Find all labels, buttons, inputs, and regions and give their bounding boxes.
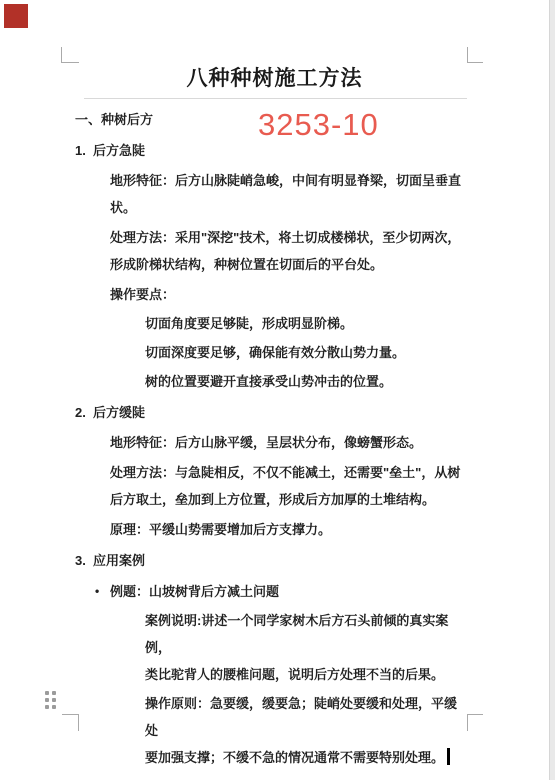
- drag-handle-dot: [45, 691, 49, 695]
- text-line: 地形特征：后方山脉陡峭急峻，中间有明显脊梁，切面呈垂直: [110, 167, 467, 194]
- text-line: 要加强支撑；不缓不急的情况通常不需要特别处理。: [145, 744, 467, 771]
- drag-handle-dot: [45, 698, 49, 702]
- paragraph: 操作原则：急要缓，缓要急；陡峭处要缓和处理，平缓处 要加强支撑；不缓不急的情况通…: [145, 690, 467, 771]
- paragraph: 案例说明:讲述一个同学家树木后方石头前倾的真实案例， 类比驼背人的腰椎问题，说明…: [145, 607, 467, 688]
- paragraph: 处理方法：采用"深挖"技术，将土切成楼梯状，至少切两次， 形成阶梯状结构，种树位…: [110, 224, 467, 278]
- text-line: 案例说明:讲述一个同学家树木后方石头前倾的真实案例，: [145, 607, 467, 661]
- text-line: 形成阶梯状结构，种树位置在切面后的平台处。: [110, 251, 467, 278]
- drag-handle-dot: [45, 705, 49, 709]
- red-square-marker: [4, 4, 28, 28]
- bullet-icon: •: [95, 578, 110, 605]
- text-line: 处理方法：与急陡相反，不仅不能减土，还需要"垒土"，从树: [110, 459, 467, 486]
- bullet-item: • 例题：山坡树背后方减土问题: [95, 578, 467, 605]
- crop-mark-top-left: [61, 47, 79, 63]
- document-title: 八种种树施工方法: [0, 62, 549, 92]
- text-line: 原理：平缓山势需要增加后方支撑力。: [110, 516, 467, 543]
- list-item-number: 1.: [75, 137, 93, 164]
- section-heading: 一、种树后方: [75, 106, 467, 133]
- text-line-end: 要加强支撑；不缓不急的情况通常不需要特别处理。: [145, 750, 444, 765]
- list-item-heading: 2. 后方缓陡: [75, 399, 467, 426]
- crop-mark-bottom-right: [467, 714, 483, 731]
- list-item-number: 3.: [75, 547, 93, 574]
- text-line: 状。: [110, 194, 467, 221]
- text-line: 后方取土，垒加到上方位置，形成后方加厚的土堆结构。: [110, 486, 467, 513]
- paragraph: 原理：平缓山势需要增加后方支撑力。: [110, 516, 467, 543]
- text-line: 类比驼背人的腰椎问题，说明后方处理不当的后果。: [145, 661, 467, 688]
- text-cursor: [447, 748, 450, 765]
- list-item-heading: 1. 后方急陡: [75, 137, 467, 164]
- text-line: 处理方法：采用"深挖"技术，将土切成楼梯状，至少切两次，: [110, 224, 467, 251]
- list-item-title: 应用案例: [93, 547, 145, 574]
- list-item-title: 后方急陡: [93, 137, 145, 164]
- drag-handle-dot: [52, 691, 56, 695]
- subpoint: 切面深度要足够，确保能有效分散山势力量。: [145, 339, 467, 366]
- list-item-title: 后方缓陡: [93, 399, 145, 426]
- paragraph: 地形特征：后方山脉陡峭急峻，中间有明显脊梁，切面呈垂直 状。: [110, 167, 467, 221]
- drag-handle-dot: [52, 705, 56, 709]
- bullet-text: 例题：山坡树背后方减土问题: [110, 578, 279, 605]
- subpoint: 树的位置要避开直接承受山势冲击的位置。: [145, 368, 467, 395]
- list-item-number: 2.: [75, 399, 93, 426]
- list-item-heading: 3. 应用案例: [75, 547, 467, 574]
- title-divider: [84, 98, 467, 99]
- text-line: 地形特征：后方山脉平缓，呈层状分布，像螃蟹形态。: [110, 429, 467, 456]
- drag-handle[interactable]: [45, 691, 56, 709]
- text-line: 操作要点：: [110, 281, 467, 308]
- paragraph: 处理方法：与急陡相反，不仅不能减土，还需要"垒土"，从树 后方取土，垒加到上方位…: [110, 459, 467, 513]
- paragraph: 操作要点：: [110, 281, 467, 308]
- drag-handle-dot: [52, 698, 56, 702]
- text-line: 操作原则：急要缓，缓要急；陡峭处要缓和处理，平缓处: [145, 690, 467, 744]
- paragraph: 地形特征：后方山脉平缓，呈层状分布，像螃蟹形态。: [110, 429, 467, 456]
- crop-mark-top-right: [467, 47, 483, 63]
- window-right-edge: [549, 0, 555, 780]
- document-body[interactable]: 一、种树后方 1. 后方急陡 地形特征：后方山脉陡峭急峻，中间有明显脊梁，切面呈…: [75, 106, 467, 771]
- document-page: { "document": { "title": "八种种树施工方法", "wa…: [0, 0, 555, 780]
- subpoint: 切面角度要足够陡，形成明显阶梯。: [145, 310, 467, 337]
